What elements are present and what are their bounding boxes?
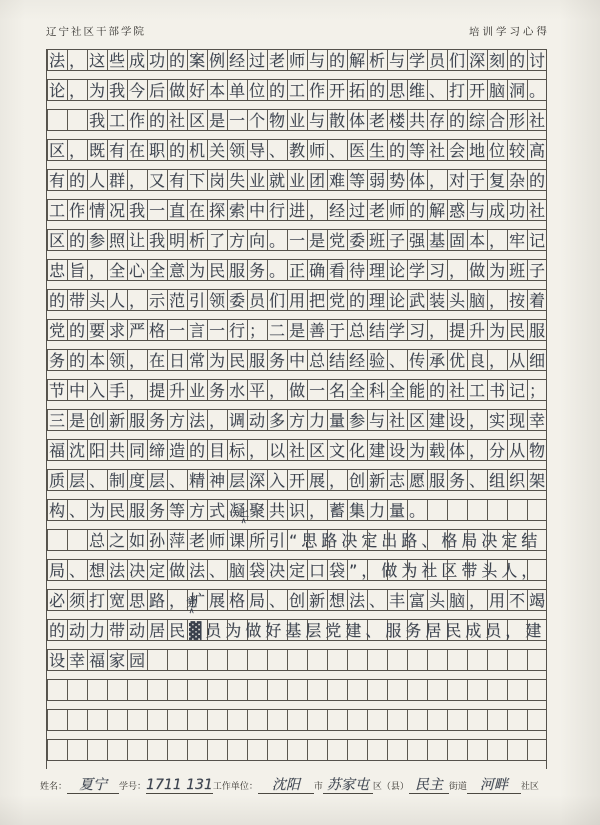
- grid-row: [47, 709, 546, 731]
- essay-line: 必须打宽思路，扩展格局、创新想法、丰富头脑，用不竭: [49, 591, 549, 611]
- grid-row: 区，既有在职的机关领导、教师、医生的等社会地位较高: [47, 139, 546, 161]
- grid-row: 总之如孙萍老师课所引“思路决定出路、格局决定结: [47, 529, 546, 551]
- grid-row: 论，为我今后做好本单位的工作开拓的思维、打开脑洞。: [47, 79, 546, 101]
- grid-row: 务的本领，在日常为民服务中总结经验、传承优良，从细: [47, 349, 546, 371]
- grid-row: 质层、制度层、精神层深入开展，创新志愿服务、组织架: [47, 469, 546, 491]
- grid-row: 有的人群，又有下岗失业就业团难等弱势体，对于复杂的: [47, 169, 546, 191]
- grid-row: 工作情况我一直在探索中行进，经过老师的解惑与成功社: [47, 199, 546, 221]
- essay-line: 有的人群，又有下岗失业就业团难等弱势体，对于复杂的: [49, 171, 549, 191]
- grid-row: 节中入手，提升业务水平，做一名全科全能的社工书记；: [47, 379, 546, 401]
- essay-line: 我工作的社区是一个物业与散体老楼共存的综合形社: [49, 111, 549, 131]
- name-label: 姓名：: [40, 779, 67, 794]
- essay-line: 党的要求严格一言一行；二是善于总结学习，提升为民服: [49, 321, 549, 341]
- essay-line: 忠旨，全心全意为民服务。正确看待理论学习，做为班子: [49, 261, 549, 281]
- document-title: 培训学习心得: [469, 24, 550, 40]
- essay-line: 节中入手，提升业务水平，做一名全科全能的社工书记；: [49, 381, 549, 401]
- page-header: 辽宁社区干部学院 培训学习心得: [46, 24, 550, 39]
- essay-line: 区的参照让我明析了方向。一是党委班子强基固本，牢记: [49, 231, 549, 251]
- essay-line: 的动力带动居民▓员为做好基层党建、服务居民成员，建: [49, 621, 545, 641]
- grid-row: 福沈阳共同缔造的目标，以社区文化建设为载体，分从物: [47, 439, 546, 461]
- student-id-value: 1711 131: [146, 778, 213, 794]
- essay-line: 的带头人，示范引领委员们用把党的理论武装头脑，按着: [49, 291, 549, 311]
- student-id-label: 学号：: [119, 779, 146, 794]
- city-value: 沈阳: [258, 778, 314, 794]
- grid-row: 党的要求严格一言一行；二是善于总结学习，提升为民服: [47, 319, 546, 341]
- grid-row: 三是创新服务方法，调动多方力量参与社区建设，实现幸: [47, 409, 546, 431]
- work-unit-label: 工作单位：: [213, 779, 258, 794]
- essay-line: 工作情况我一直在探索中行进，经过老师的解惑与成功社: [49, 201, 549, 221]
- grid-row: [47, 679, 546, 701]
- manuscript-grid: 法，这些成功的案例经过老师与的解析与学员们深刻的讨 论，为我今后做好本单位的工作…: [46, 49, 547, 769]
- grid-row: [47, 739, 546, 761]
- essay-line: 法，这些成功的案例经过老师与的解析与学员们深刻的讨: [49, 51, 549, 71]
- essay-line: 三是创新服务方法，调动多方力量参与社区建设，实现幸: [49, 411, 549, 431]
- district-value: 苏家屯: [323, 778, 373, 794]
- grid-row: 的带头人，示范引领委员们用把党的理论武装头脑，按着: [47, 289, 546, 311]
- grid-row: 忠旨，全心全意为民服务。正确看待理论学习，做为班子: [47, 259, 546, 281]
- essay-line: 质层、制度层、精神层深入开展，创新志愿服务、组织架: [49, 471, 549, 491]
- essay-line: 区，既有在职的机关领导、教师、医生的等社会地位较高: [49, 141, 549, 161]
- community-suffix: 社区: [521, 779, 539, 794]
- city-suffix: 市: [314, 779, 323, 794]
- grid-row: 的动力带动居民▓员为做好基层党建、服务居民成员，建: [47, 619, 546, 641]
- street-suffix: 街道: [449, 779, 467, 794]
- essay-line: 总之如孙萍老师课所引“思路决定出路、格局决定结: [49, 531, 541, 551]
- district-suffix: 区（县）: [373, 779, 409, 794]
- school-name: 辽宁社区干部学院: [46, 24, 146, 40]
- grid-row: 构、为民服务等方式凝聚共识，蓄集力量。: [47, 499, 546, 521]
- essay-line: 论，为我今后做好本单位的工作开拓的思维、打开脑洞。: [49, 81, 549, 101]
- street-value: 民主: [409, 778, 449, 794]
- grid-row: 必须打宽思路，扩展格局、创新想法、丰富头脑，用不竭: [47, 589, 546, 611]
- handwritten-insertion: 党: [186, 594, 197, 615]
- grid-row: 区的参照让我明析了方向。一是党委班子强基固本，牢记: [47, 229, 546, 251]
- essay-line: 设幸福家园: [49, 651, 149, 671]
- handwritten-insertion: 上: [238, 504, 249, 525]
- signature-line: 姓名： 夏宁 学号： 1711 131 工作单位： 沈阳 市 苏家屯 区（县） …: [40, 778, 580, 794]
- essay-line: 务的本领，在日常为民服务中总结经验、传承优良，从细: [49, 351, 549, 371]
- scanned-manuscript-page: 辽宁社区干部学院 培训学习心得 法，这些成功的案例经过老师与的解析与学员们深刻的…: [0, 0, 600, 825]
- essay-line: 福沈阳共同缔造的目标，以社区文化建设为载体，分从物: [49, 441, 549, 461]
- grid-row: 我工作的社区是一个物业与散体老楼共存的综合形社: [47, 109, 546, 131]
- grid-row: 法，这些成功的案例经过老师与的解析与学员们深刻的讨: [47, 49, 546, 71]
- essay-line: 局、想法决定做法、脑袋决定口袋”，做为社区带头人，: [49, 561, 541, 581]
- grid-row: 设幸福家园: [47, 649, 546, 671]
- name-value: 夏宁: [67, 778, 119, 794]
- community-value: 河畔: [467, 778, 521, 794]
- grid-row: 局、想法决定做法、脑袋决定口袋”，做为社区带头人，: [47, 559, 546, 581]
